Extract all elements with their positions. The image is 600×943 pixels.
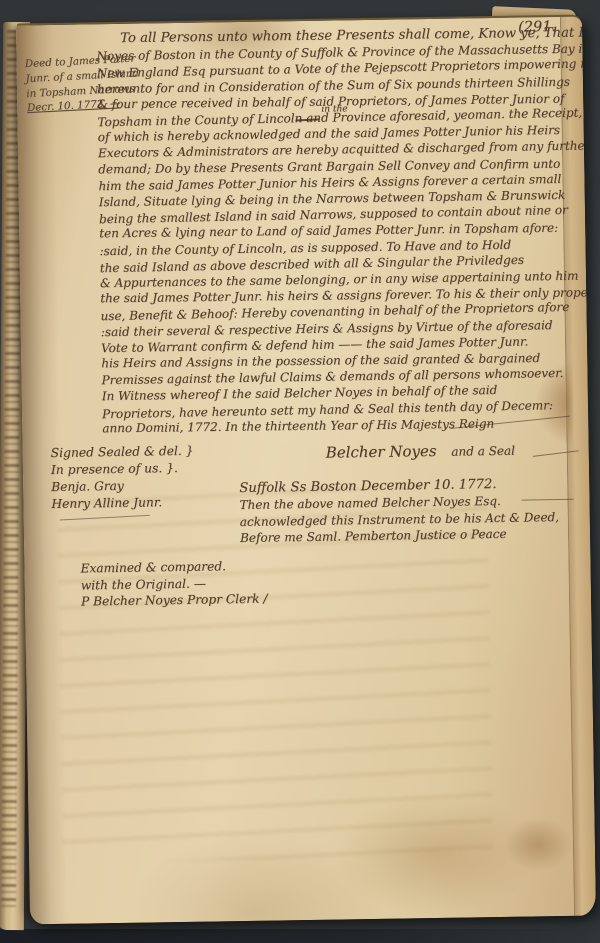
signature-row: Belcher Noyes and a Seal: [326, 441, 515, 462]
deed-body-text: To all Persons unto whom these Presents …: [96, 25, 584, 438]
manuscript-page: (291. Deed to James PotterJunr. of a sma…: [16, 17, 596, 925]
manuscript-line: In presence of us. }.: [51, 459, 194, 478]
pen-flourish: [60, 515, 150, 521]
clerk-certification: Examined & compared.with the Original. —…: [80, 558, 267, 610]
manuscript-line: Signed Sealed & del. }: [51, 443, 194, 462]
signature-belcher-noyes: Belcher Noyes: [326, 442, 437, 462]
photographed-manuscript: (291. Deed to James PotterJunr. of a sma…: [0, 0, 600, 943]
attestation-clause: Signed Sealed & del. }In presence of us.…: [51, 443, 194, 478]
acknowledgment-block: Suffolk Ss Boston December 10. 1772.Then…: [239, 476, 559, 546]
book-cover-edge: [0, 929, 600, 943]
manuscript-line: P Belcher Noyes Propr Clerk /: [81, 591, 268, 610]
interlinear-insertion: in the: [321, 104, 347, 114]
seal-note: and a Seal: [451, 444, 515, 459]
manuscript-line: Benja. Gray: [51, 477, 162, 496]
manuscript-line: Henry Alline Junr.: [51, 494, 162, 513]
witness-signatures: Benja. GrayHenry Alline Junr.: [51, 477, 162, 513]
